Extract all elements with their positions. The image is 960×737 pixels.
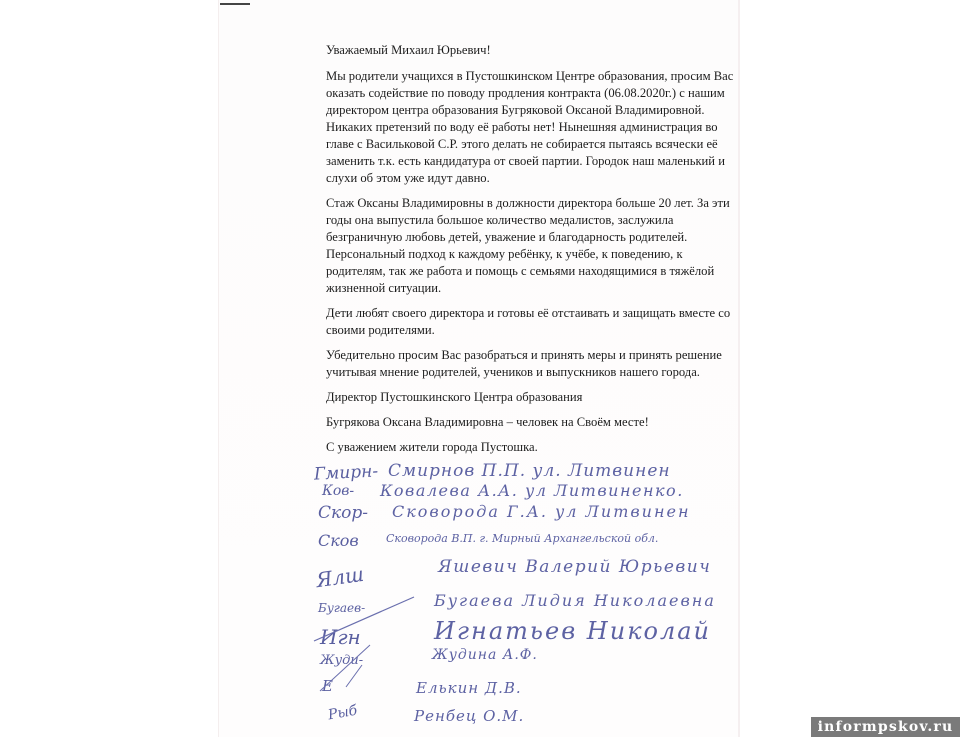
scan-edge-mark xyxy=(220,3,250,5)
paragraph-closing: С уважением жители города Пустошка. xyxy=(326,439,736,456)
signature-strokes xyxy=(310,565,420,705)
letter-greeting: Уважаемый Михаил Юрьевич! xyxy=(326,42,736,59)
paragraph-plea: Убедительно просим Вас разобраться и при… xyxy=(326,347,736,381)
signature-name: Яшевич Валерий Юрьевич xyxy=(438,557,711,577)
paragraph-children: Дети любят своего директора и готовы её … xyxy=(326,305,736,339)
signature-list: Гмирн- Смирнов П.П. ул. Литвинен Ков- Ко… xyxy=(310,455,770,737)
signature-name: Ковалева А.А. ул Литвиненко. xyxy=(380,481,684,500)
watermark-informpskov: informpskov.ru xyxy=(811,717,960,737)
signature-mark: Ков- xyxy=(322,483,354,499)
paragraph-experience: Стаж Оксаны Владимировны в должности дир… xyxy=(326,195,736,297)
signature-mark: Сков xyxy=(318,531,359,550)
signature-name: Смирнов П.П. ул. Литвинен xyxy=(388,461,671,481)
signature-name: Елькин Д.В. xyxy=(416,679,522,697)
signature-name: Сковорода Г.А. ул Литвинен xyxy=(392,502,691,521)
signature-mark: Рыб xyxy=(327,703,359,724)
signature-name: Жудина А.Ф. xyxy=(432,647,538,663)
signature-mark: Гмирн- xyxy=(314,461,379,484)
signature-mark: Скор- xyxy=(318,503,368,523)
letter-body: Уважаемый Михаил Юрьевич! Мы родители уч… xyxy=(326,42,736,464)
signature-name: Сковорода В.П. г. Мирный Архангельской о… xyxy=(386,532,658,545)
paragraph-director-name: Бугрякова Оксана Владимировна – человек … xyxy=(326,414,736,431)
signature-name: Ренбец О.М. xyxy=(414,707,524,725)
paragraph-request: Мы родители учащихся в Пустошкинском Цен… xyxy=(326,68,736,187)
signature-name: Игнатьев Николай xyxy=(434,617,711,645)
signature-name: Бугаева Лидия Николаевна xyxy=(434,591,716,610)
paragraph-director-title: Директор Пустошкинского Центра образован… xyxy=(326,389,736,406)
